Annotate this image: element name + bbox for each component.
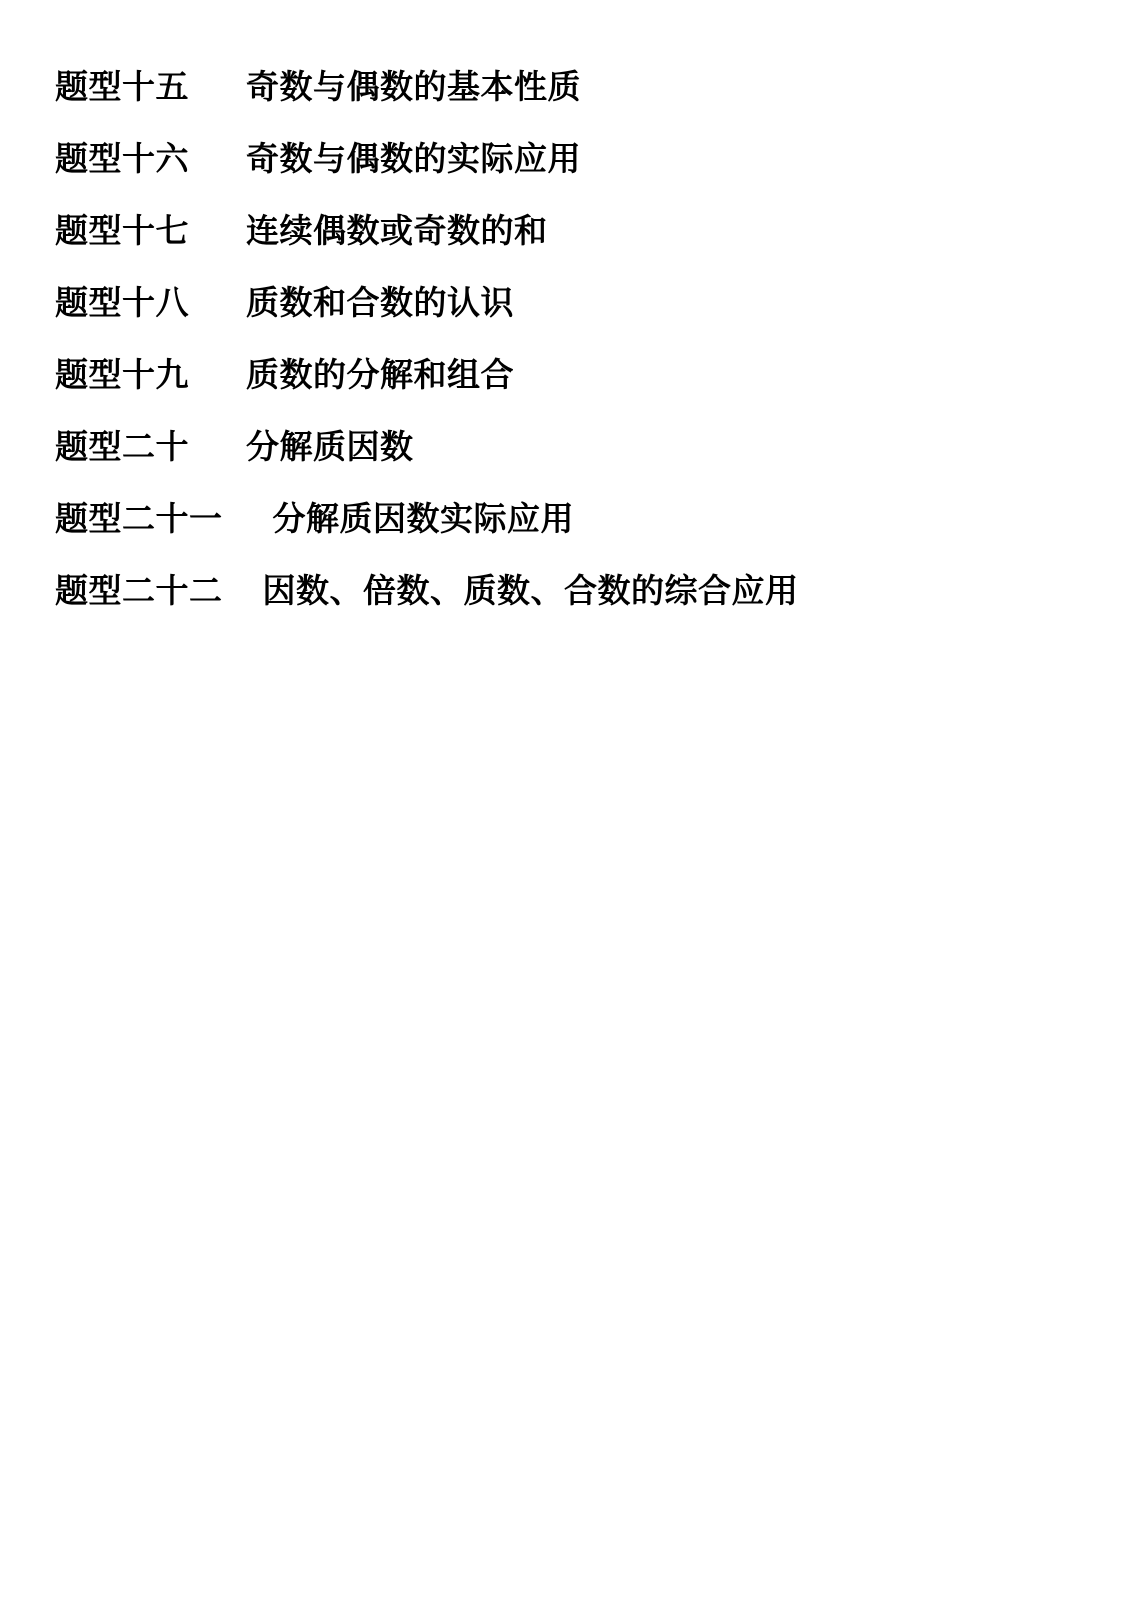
tab-spacer xyxy=(223,601,263,602)
tab-spacer xyxy=(189,313,246,314)
toc-entry-title: 奇数与偶数的基本性质 xyxy=(246,70,581,106)
tab-spacer xyxy=(189,97,246,98)
toc-entry-number: 题型十五 xyxy=(55,70,189,106)
toc-entry-number: 题型十九 xyxy=(55,358,189,394)
toc-entry-number: 题型二十 xyxy=(55,430,189,466)
toc-entry: 题型十九质数的分解和组合 xyxy=(55,340,1131,412)
toc-entry-title: 分解质因数实际应用 xyxy=(273,502,575,538)
tab-spacer xyxy=(189,457,246,458)
toc-entry: 题型二十分解质因数 xyxy=(55,412,1131,484)
tab-spacer xyxy=(189,385,246,386)
toc-entry-title: 分解质因数 xyxy=(246,430,414,466)
toc-entry-title: 因数、倍数、质数、合数的综合应用 xyxy=(263,574,799,610)
toc-entry: 题型二十一分解质因数实际应用 xyxy=(55,484,1131,556)
toc-entry-number: 题型十七 xyxy=(55,214,189,250)
toc-entry: 题型十七连续偶数或奇数的和 xyxy=(55,196,1131,268)
toc-entry-number: 题型二十二 xyxy=(55,574,223,610)
toc-list: 题型十五奇数与偶数的基本性质 题型十六奇数与偶数的实际应用 题型十七连续偶数或奇… xyxy=(0,0,1131,628)
toc-entry-number: 题型十八 xyxy=(55,286,189,322)
toc-entry-number: 题型二十一 xyxy=(55,502,223,538)
tab-spacer xyxy=(189,169,246,170)
toc-entry-title: 奇数与偶数的实际应用 xyxy=(246,142,581,178)
toc-entry: 题型十六奇数与偶数的实际应用 xyxy=(55,124,1131,196)
toc-entry-title: 连续偶数或奇数的和 xyxy=(246,214,548,250)
toc-entry: 题型二十二因数、倍数、质数、合数的综合应用 xyxy=(55,556,1131,628)
toc-entry: 题型十五奇数与偶数的基本性质 xyxy=(55,52,1131,124)
tab-spacer xyxy=(189,241,246,242)
toc-entry-number: 题型十六 xyxy=(55,142,189,178)
toc-entry-title: 质数的分解和组合 xyxy=(246,358,514,394)
toc-entry-title: 质数和合数的认识 xyxy=(246,286,514,322)
document-page: 题型十五奇数与偶数的基本性质 题型十六奇数与偶数的实际应用 题型十七连续偶数或奇… xyxy=(0,0,1131,1600)
toc-entry: 题型十八质数和合数的认识 xyxy=(55,268,1131,340)
tab-spacer xyxy=(223,529,273,530)
